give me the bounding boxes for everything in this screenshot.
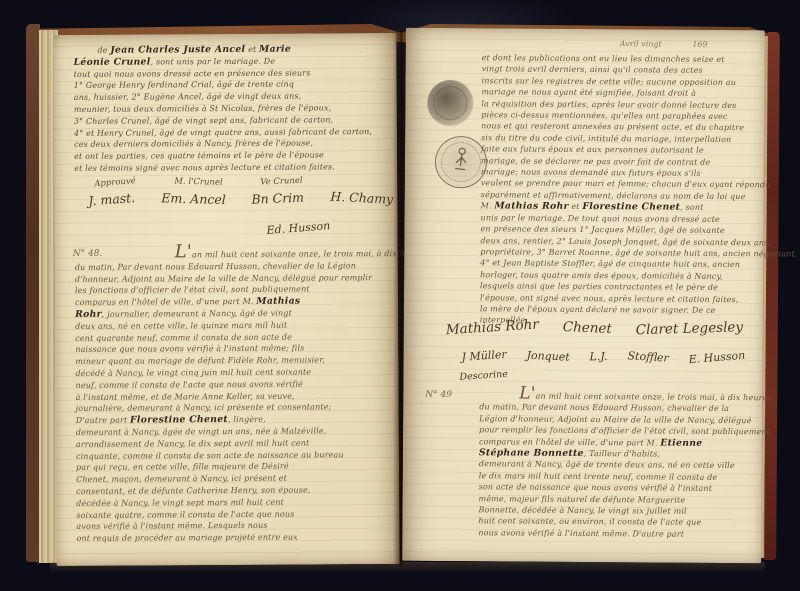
month-annotation: Avril vingt xyxy=(620,39,662,48)
act-47-approval-line: ApprouvéM. l'CrunelVe Crunel xyxy=(94,176,340,188)
act-47-signatures-row-1: J. mast.Em. AncelBn CrimH. Chamy xyxy=(88,190,419,207)
act-48-signatures-row-2: J MüllerJonquetL.J.StofflerE. Husson xyxy=(462,349,766,364)
folio-number: 169 xyxy=(692,40,707,49)
act-48-signatures-row-3: Descorine xyxy=(459,370,508,381)
folio-header: Avril vingt 169 xyxy=(620,39,736,49)
act-48-signatures-row-1: Mathias RohrChenetClaret Legesley xyxy=(446,319,768,337)
seated-figure-icon xyxy=(447,144,475,180)
round-ink-stamp-icon xyxy=(425,77,477,129)
left-page: de Jean Charles Juste Ancel et MarieLéon… xyxy=(53,33,399,566)
act-47-signatures-row-2: Ed. Husson xyxy=(267,221,331,234)
act-49-margin-number: N° 49 xyxy=(425,390,452,400)
photo-background: de Jean Charles Juste Ancel et MarieLéon… xyxy=(0,0,800,591)
right-page: Avril vingt 169 et dont les publications… xyxy=(402,28,765,563)
act-49-body-text: L'an mil huit cent soixante onze, le tro… xyxy=(478,388,754,540)
act-48-body-text: L'an mil huit cent soixante onze, le tro… xyxy=(75,245,399,545)
act-47-closing-text: de Jean Charles Juste Ancel et MarieLéon… xyxy=(73,43,396,175)
book-left-cover-edge xyxy=(26,24,40,562)
book-right-cover-edge xyxy=(764,32,780,560)
act-48-continuation-text: et dont les publications ont eu lieu les… xyxy=(480,52,757,328)
